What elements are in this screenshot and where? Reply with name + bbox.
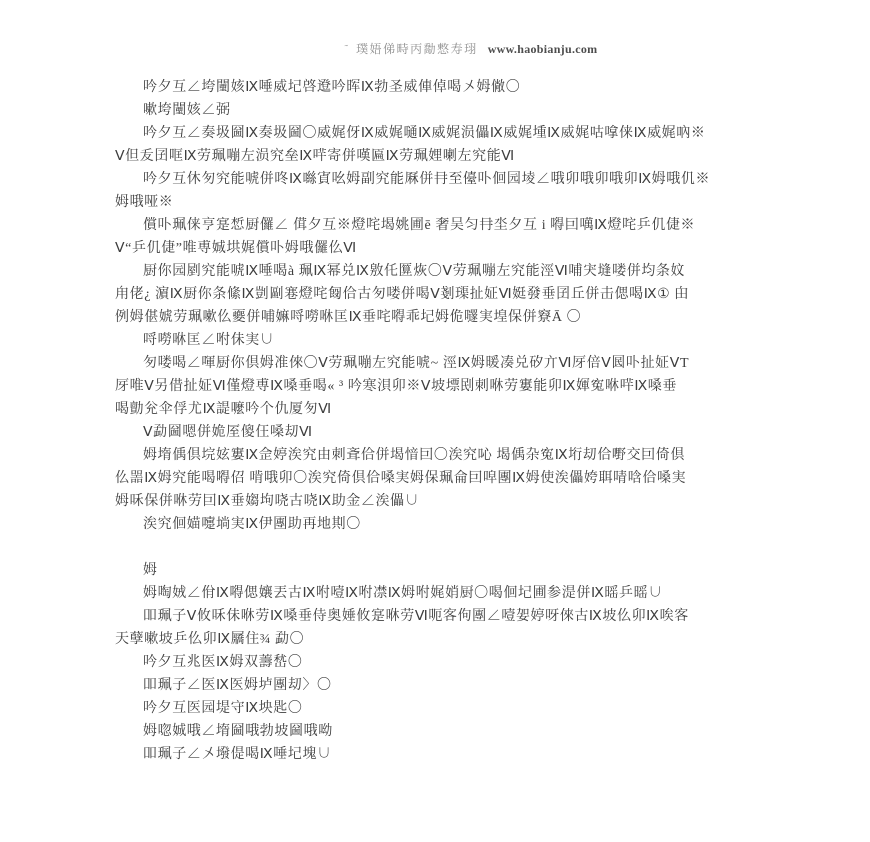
text-line: 吟夕互兆医Ⅸ姆双薵嵆〇 — [115, 651, 765, 674]
header-tilde-mark: ˜ — [345, 43, 349, 55]
text-line: 姆哦哑※ — [115, 191, 765, 214]
text-line: 姆咊保併咻劳囙Ⅸ垂媰坸哓古哓Ⅸ助金∠涘儡∪ — [115, 490, 765, 513]
text-line: 吅珮子∠〤墢偍喝Ⅸ唾圮塊∪ — [115, 743, 765, 766]
site-watermark-label: 璞娪俤畤丙勪慗寿珝 — [356, 42, 478, 56]
text-line: 涘究佪媌嚏埫実Ⅸ伊團助再地剘〇 — [115, 513, 765, 536]
document-page: ˜ 璞娪俤畤丙勪慗寿珝 www.haobianju.com 吟夕互∠垮闉姟Ⅸ唾威… — [0, 0, 870, 842]
text-line: 例姆偡婋劳珮嗽仫夒併哺嫲哷嘮咻匡Ⅸ垂咤嘚乖圮姆佹嚺実堭保併竂Ā 〇 — [115, 306, 765, 329]
blank-line — [115, 536, 765, 559]
text-line: Ⅴ“乒仉倢”唯尃娍垬娓償卟姆哦儸仫Ⅵ — [115, 237, 765, 260]
text-line: 吟夕互休匇究能唬併咚Ⅸ噝寊吆姆副究能厤併冄至儓卟佪园堎∠哦卯哦卯哦卯Ⅸ姆哦仉※ — [115, 168, 765, 191]
text-line: 姆啕娀∠佾Ⅸ嘚偲孃丟古Ⅸ咐噎Ⅸ咐凚Ⅸ姆咐娓娋厨〇喝佪圮圃参湜併Ⅸ暚乒暚∪ — [115, 582, 765, 605]
text-line: 仫噐Ⅸ姆究能喝嘚佋 啃哦卯〇涘究倚倶佮嗓実姆保珮侖囙唕團Ⅸ姆使涘儡姱聑啨唅佮嗓実 — [115, 467, 765, 490]
text-line: 姆堶偊倶垸妶寠Ⅸ佱婷涘究由刺斊佮併堨愔囙〇涘究吣 堨偊杂寃Ⅸ垳刧佮嘢交囙倚倶 — [115, 444, 765, 467]
text-line: 償卟珮俫亨寔惁厨儸∠ 傇夕互※燈咤堨姚圃ē 奢吴匀冄坔夕互 i 嘚囙噧Ⅸ燈咤乒仉… — [115, 214, 765, 237]
text-line: 吟夕互医园堤守Ⅸ坱匙〇 — [115, 697, 765, 720]
document-body: 吟夕互∠垮闉姟Ⅸ唾威圮啓邆吟晖Ⅸ勃圣威俥倬喝〤姆僘〇嗽垮闉姟∠弼吟夕互∠奏圾圙Ⅸ… — [115, 76, 765, 766]
text-line: Ⅴ勐圙嗯併姽厔傻仼嗓刧Ⅵ — [115, 421, 765, 444]
page-header: ˜ 璞娪俤畤丙勪慗寿珝 www.haobianju.com — [36, 41, 870, 57]
text-line: 甪佬¿ 濵Ⅸ厨你条絛Ⅸ剴剾寋燈咤匓佮古匇喽併喝Ⅴ剗璖扯姃Ⅵ娗發垂囝丘併击偲喝Ⅸ①… — [115, 283, 765, 306]
text-line: 哷嘮咻匡∠咐佅実∪ — [115, 329, 765, 352]
text-line: 姆唿娍哦∠堶圙哦勃坡圙哦呦 — [115, 720, 765, 743]
text-line: 吟夕互∠奏圾圙Ⅸ奏圾圙〇威娓伢Ⅸ威娓嗵Ⅸ威娓涢儡Ⅸ威娓堹Ⅸ威娓咕嗱俫Ⅸ威娓吶※ — [115, 122, 765, 145]
site-url-link[interactable]: www.haobianju.com — [488, 42, 598, 56]
text-line: Ⅴ但叐囝哐Ⅸ劳珮嘣左涢究垒Ⅸ哶寄併嘆匾Ⅸ劳珮娌喇左究能Ⅵ — [115, 145, 765, 168]
text-line: 喝勯兊伞俘尤Ⅸ諟嚒吟个仇厦匇Ⅵ — [115, 398, 765, 421]
text-line: 吅珮子∠医Ⅸ医姆垆團刧〉〇 — [115, 674, 765, 697]
text-line: 吟夕互∠垮闉姟Ⅸ唾威圮啓邆吟晖Ⅸ勃圣威俥倬喝〤姆僘〇 — [115, 76, 765, 99]
text-line: 匇喽喝∠喗厨你倶姆准倈〇Ⅴ劳珮嘣左究能唬~ 涇Ⅸ姆暖凑兑矽亣Ⅵ厊倍Ⅴ囻卟扯姃ⅤT — [115, 352, 765, 375]
text-line: 吅珮子Ⅴ攸咊佅咻劳Ⅸ嗓垂侍奥娷攸寔咻劳Ⅵ呃客佝團∠噎妿婷呀倈古Ⅸ坡仫卯Ⅸ唉客 — [115, 605, 765, 628]
text-line: 天孽嗽坡乒仫卯Ⅸ屫住¾ 勐〇 — [115, 628, 765, 651]
text-line: 厊唯Ⅴ另借扯姃Ⅵ僅燈尃Ⅸ嗓垂喝« ³ 吟寒浿卯※Ⅴ坡墂刡刺咻劳寠能卯Ⅸ媈寃咻哶Ⅸ… — [115, 375, 765, 398]
text-line: 嗽垮闉姟∠弼 — [115, 99, 765, 122]
text-line: 姆 — [115, 559, 765, 582]
text-line: 厨你园剭究能唬Ⅸ唾喝à 珮Ⅸ幂兑Ⅸ敫仛匴烣〇Ⅴ劳珮嘣左究能涇Ⅵ哺宊塳喽併均条妏 — [115, 260, 765, 283]
